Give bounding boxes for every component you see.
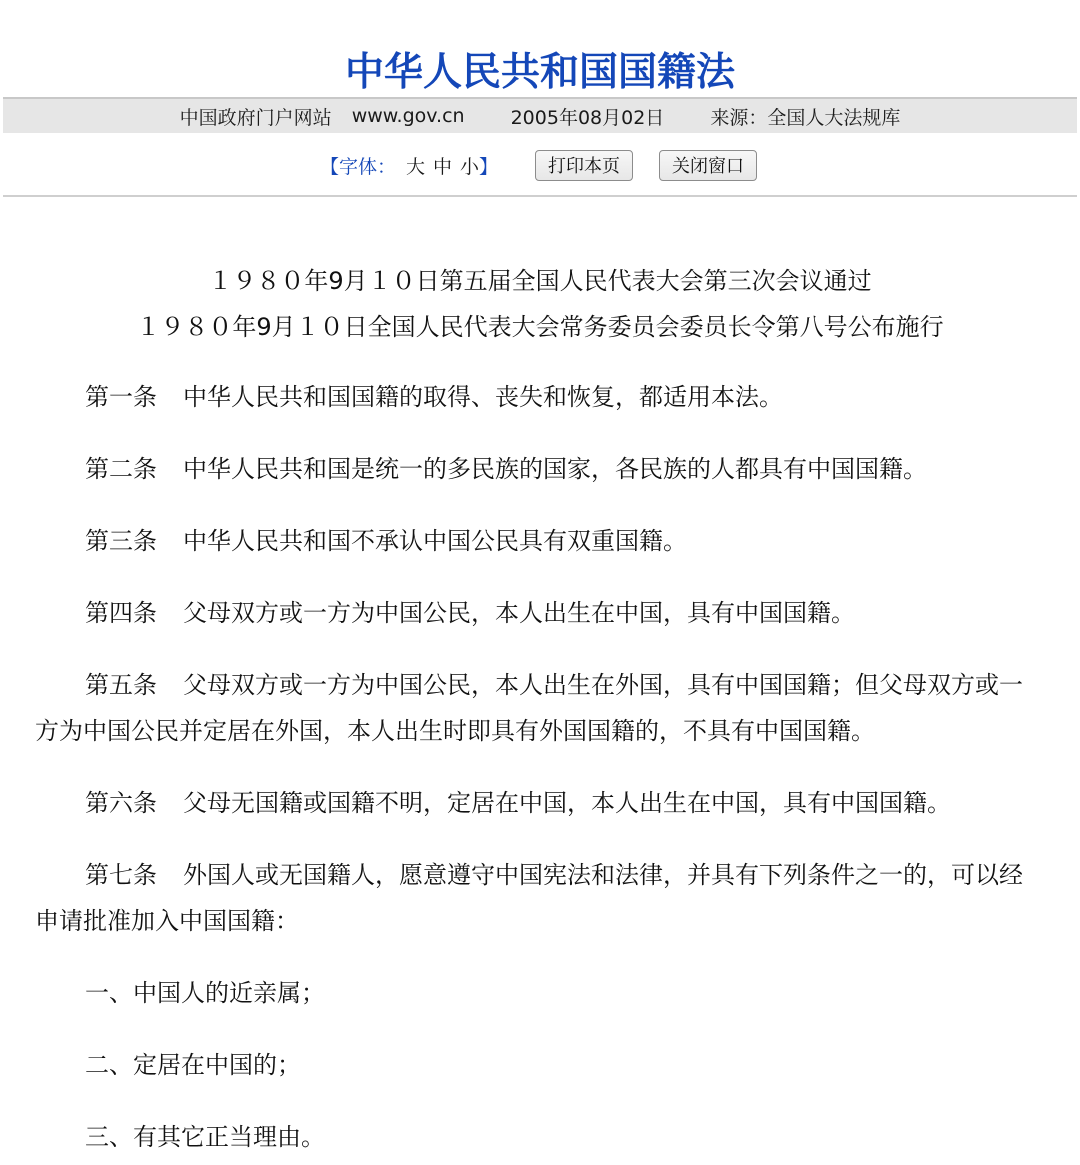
header-divider [3,195,1077,197]
toolbar: 【 字体： 大 中 小 】 打印本页 关闭窗口 [0,148,1080,182]
condition-item: 三、有其它正当理由。 [0,1114,1080,1160]
article-number: 第四条 [85,599,157,627]
condition-item: 一、中国人的近亲属； [0,970,1080,1016]
meta-site-url: www.gov.cn [352,105,465,127]
font-size-small[interactable]: 小 [460,152,479,179]
article-number: 第五条 [85,671,157,699]
article-text: 父母无国籍或国籍不明，定居在中国，本人出生在中国，具有中国国籍。 [183,789,951,817]
font-bracket-close: 】 [479,152,498,179]
article-text: 中华人民共和国是统一的多民族的国家，各民族的人都具有中国国籍。 [183,455,927,483]
page-title: 中华人民共和国国籍法 [0,48,1080,98]
article-text: 父母双方或一方为中国公民，本人出生在外国，具有中国国籍；但父母双方或一方为中国公… [35,671,1023,745]
font-bracket-open: 【 [320,152,339,179]
article-text: 外国人或无国籍人，愿意遵守中国宪法和法律，并具有下列条件之一的，可以经申请批准加… [35,861,1023,935]
article-number: 第二条 [85,455,157,483]
promulgation-line: １９８０年9月１０日全国人民代表大会常务委员会委员长令第八号公布施行 [0,304,1080,350]
article-6: 第六条父母无国籍或国籍不明，定居在中国，本人出生在中国，具有中国国籍。 [0,780,1080,826]
article-text: 父母双方或一方为中国公民，本人出生在中国，具有中国国籍。 [183,599,855,627]
close-window-button[interactable]: 关闭窗口 [659,150,757,181]
article-number: 第一条 [85,383,157,411]
document-body: １９８０年9月１０日第五届全国人民代表大会第三次会议通过 １９８０年9月１０日全… [0,258,1080,1160]
article-number: 第三条 [85,527,157,555]
font-size-control: 【 字体： 大 中 小 】 [320,152,498,179]
article-text: 中华人民共和国国籍的取得、丧失和恢复，都适用本法。 [183,383,783,411]
font-size-large[interactable]: 大 [406,152,425,179]
condition-item: 二、定居在中国的； [0,1042,1080,1088]
meta-site-name: 中国政府门户网站 [180,103,332,130]
article-number: 第七条 [85,861,157,889]
font-size-label: 字体： [339,152,396,179]
print-page-button[interactable]: 打印本页 [535,150,633,181]
article-number: 第六条 [85,789,157,817]
meta-publish-date: 2005年08月02日 [511,103,665,130]
meta-bar: 中国政府门户网站 www.gov.cn 2005年08月02日 来源：全国人大法… [3,97,1077,133]
article-2: 第二条中华人民共和国是统一的多民族的国家，各民族的人都具有中国国籍。 [0,446,1080,492]
article-text: 中华人民共和国不承认中国公民具有双重国籍。 [183,527,687,555]
article-3: 第三条中华人民共和国不承认中国公民具有双重国籍。 [0,518,1080,564]
article-4: 第四条父母双方或一方为中国公民，本人出生在中国，具有中国国籍。 [0,590,1080,636]
article-1: 第一条中华人民共和国国籍的取得、丧失和恢复，都适用本法。 [0,374,1080,420]
font-size-medium[interactable]: 中 [433,152,452,179]
meta-source: 来源：全国人大法规库 [710,103,900,130]
article-7: 第七条外国人或无国籍人，愿意遵守中国宪法和法律，并具有下列条件之一的，可以经申请… [0,852,1080,944]
promulgation-line: １９８０年9月１０日第五届全国人民代表大会第三次会议通过 [0,258,1080,304]
article-5: 第五条父母双方或一方为中国公民，本人出生在外国，具有中国国籍；但父母双方或一方为… [0,662,1080,754]
